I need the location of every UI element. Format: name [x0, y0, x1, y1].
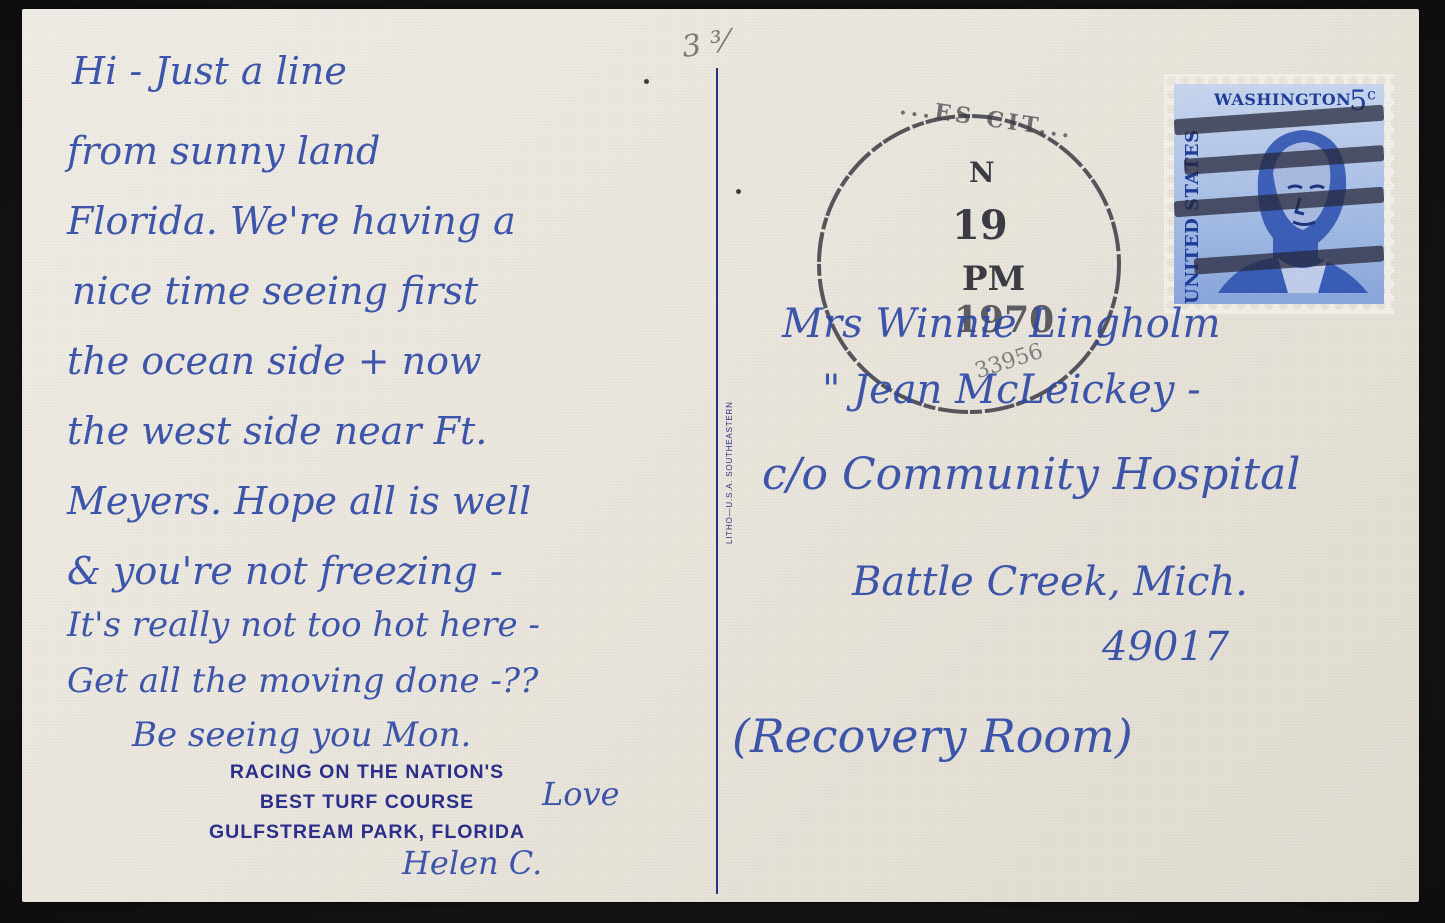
message-line: Florida. We're having a	[67, 199, 516, 243]
postmark-day: 19	[952, 202, 1008, 249]
signature: Helen C.	[402, 844, 542, 882]
message-line: Hi - Just a line	[72, 49, 347, 93]
address-line: 49017	[1102, 624, 1229, 670]
message-line: from sunny land	[67, 129, 380, 173]
stamp-face: UNITED STATES WASHINGTON 5c	[1174, 84, 1384, 304]
address-line: (Recovery Room)	[732, 709, 1133, 763]
printed-caption: RACING ON THE NATION'S BEST TURF COURSE …	[162, 757, 572, 847]
message-line: nice time seeing first	[72, 269, 478, 313]
address-line: Mrs Winnie Lingholm	[782, 301, 1221, 347]
postmark-time: PM	[962, 259, 1025, 299]
printer-credit: LITHO—U.S.A. SOUTHEASTERN	[725, 401, 734, 544]
message-line: Be seeing you Mon.	[132, 715, 471, 755]
message-line: It's really not too hot here -	[67, 605, 540, 645]
message-line: & you're not freezing -	[67, 549, 503, 593]
caption-line-1: RACING ON THE NATION'S	[162, 757, 572, 787]
address-line: c/o Community Hospital	[762, 449, 1300, 500]
pin-hole	[734, 187, 743, 196]
message-line: the west side near Ft.	[67, 409, 487, 453]
caption-line-2: BEST TURF COURSE	[162, 787, 572, 817]
stamp-title: WASHINGTON	[1214, 90, 1351, 109]
postmark-month: N	[969, 156, 995, 189]
message-line: Meyers. Hope all is well	[67, 479, 531, 523]
postage-stamp: UNITED STATES WASHINGTON 5c	[1164, 74, 1394, 314]
pencil-mark: 3 ³⁄	[680, 24, 730, 65]
message-line: the ocean side + now	[67, 339, 482, 383]
caption-line-3: GULFSTREAM PARK, FLORIDA	[162, 817, 572, 847]
postcard: 3 ³⁄ Hi - Just a line from sunny land Fl…	[22, 9, 1419, 902]
pin-hole	[642, 77, 651, 86]
center-divider	[716, 68, 718, 894]
message-line: Get all the moving done -??	[67, 661, 538, 701]
address-line: " Jean McLeickey -	[822, 367, 1201, 413]
address-line: Battle Creek, Mich.	[852, 559, 1248, 605]
